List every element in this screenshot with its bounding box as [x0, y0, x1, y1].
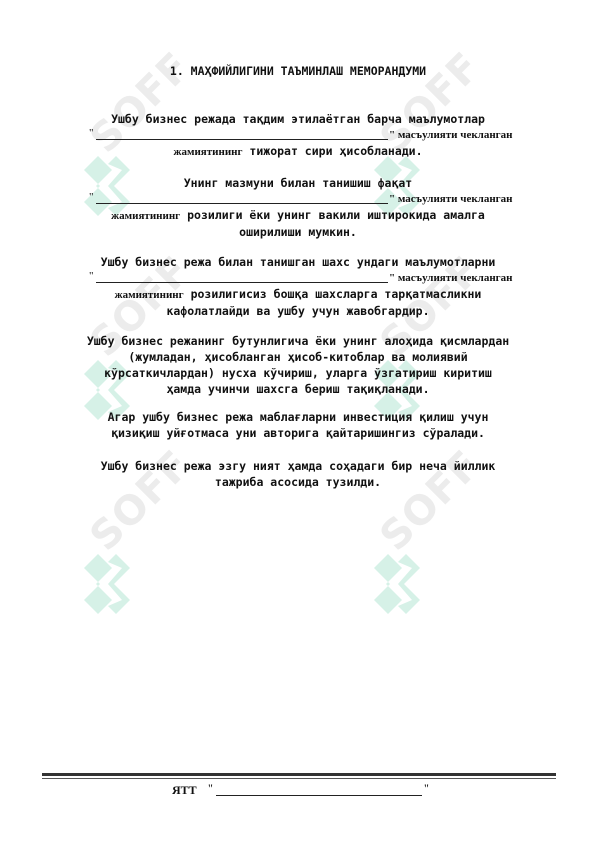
- document-page: SOFF SOFF SOFF SOFF SOFF SOFF: [0, 0, 596, 842]
- paragraph-line: кафолатлайди ва ушбу учун жавобгардир.: [36, 303, 560, 319]
- paragraph-line: Агар ушбу бизнес режа маблағларни инвест…: [36, 409, 560, 425]
- fill-in-line: [96, 203, 388, 204]
- watermark-logo: SOFF: [78, 484, 228, 614]
- watermark-logo: SOFF: [368, 484, 518, 614]
- footer-divider-thick: [42, 773, 556, 776]
- fill-in-line: [96, 139, 388, 140]
- document-title: 1. МАҲФИЙЛИГИНИ ТАЪМИНЛАШ МЕМОРАНДУМИ: [0, 64, 596, 78]
- company-name-blank: " " масъулияти чекланган: [36, 270, 560, 286]
- paragraph-copy-prohibition: Ушбу бизнес режанинг бутунлигича ёки уни…: [30, 333, 566, 397]
- paragraph-line: Ушбу бизнес режада тақдим этилаётган бар…: [36, 111, 560, 127]
- paragraph-line: (жумладан, ҳисобланган ҳисоб-китоблар ва…: [30, 349, 566, 365]
- paragraph-line: қизиқиш уйғотмаса уни авторига қайтариши…: [36, 425, 560, 441]
- paragraph-line: тажриба асосида тузилди.: [36, 474, 560, 490]
- paragraph-line: жамиятининг розилигисиз бошқа шахсларга …: [36, 286, 560, 303]
- paragraph-line: Ушбу бизнес режанинг бутунлигича ёки уни…: [30, 333, 566, 349]
- soff-logo-icon: [78, 554, 138, 614]
- footer-divider-thin: [42, 778, 556, 779]
- paragraph-line: жамиятининг розилиги ёки унинг вакили иш…: [36, 207, 560, 224]
- paragraph-line: Ушбу бизнес режа билан танишган шахс унд…: [36, 254, 560, 270]
- fill-in-line: [96, 282, 388, 283]
- paragraph-line: Ушбу бизнес режа эзгу ният ҳамда соҳадаг…: [36, 458, 560, 474]
- footer-open-quote: ": [208, 781, 213, 796]
- paragraph-line: жамиятинингжамиятининг тижорат сири ҳисо…: [36, 143, 560, 160]
- paragraph-return-request: Агар ушбу бизнес режа маблағларни инвест…: [36, 409, 560, 441]
- paragraph-confidential-info: Ушбу бизнес режада тақдим этилаётган бар…: [36, 111, 560, 160]
- paragraph-access-consent: Унинг мазмуни билан танишиш фақат " " ма…: [36, 175, 560, 240]
- company-name-blank: " " масъулияти чекланган: [36, 127, 560, 143]
- company-name-blank: " " масъулияти чекланган: [36, 191, 560, 207]
- soff-logo-icon: [368, 554, 428, 614]
- paragraph-line: Унинг мазмуни билан танишиш фақат: [36, 175, 560, 191]
- footer-close-quote: ": [424, 781, 429, 796]
- paragraph-line: кўрсаткичлардан) нусха кўчириш, уларга ў…: [30, 365, 566, 381]
- paragraph-line: ҳамда учинчи шахсга бериш тақиқланади.: [30, 381, 566, 397]
- paragraph-non-disclosure: Ушбу бизнес режа билан танишган шахс унд…: [36, 254, 560, 319]
- paragraph-good-intent: Ушбу бизнес режа эзгу ният ҳамда соҳадаг…: [36, 458, 560, 490]
- footer-entity-label: ЯТТ: [172, 783, 197, 798]
- paragraph-line: оширилиши мумкин.: [36, 224, 560, 240]
- footer-fill-in-line: [216, 795, 422, 796]
